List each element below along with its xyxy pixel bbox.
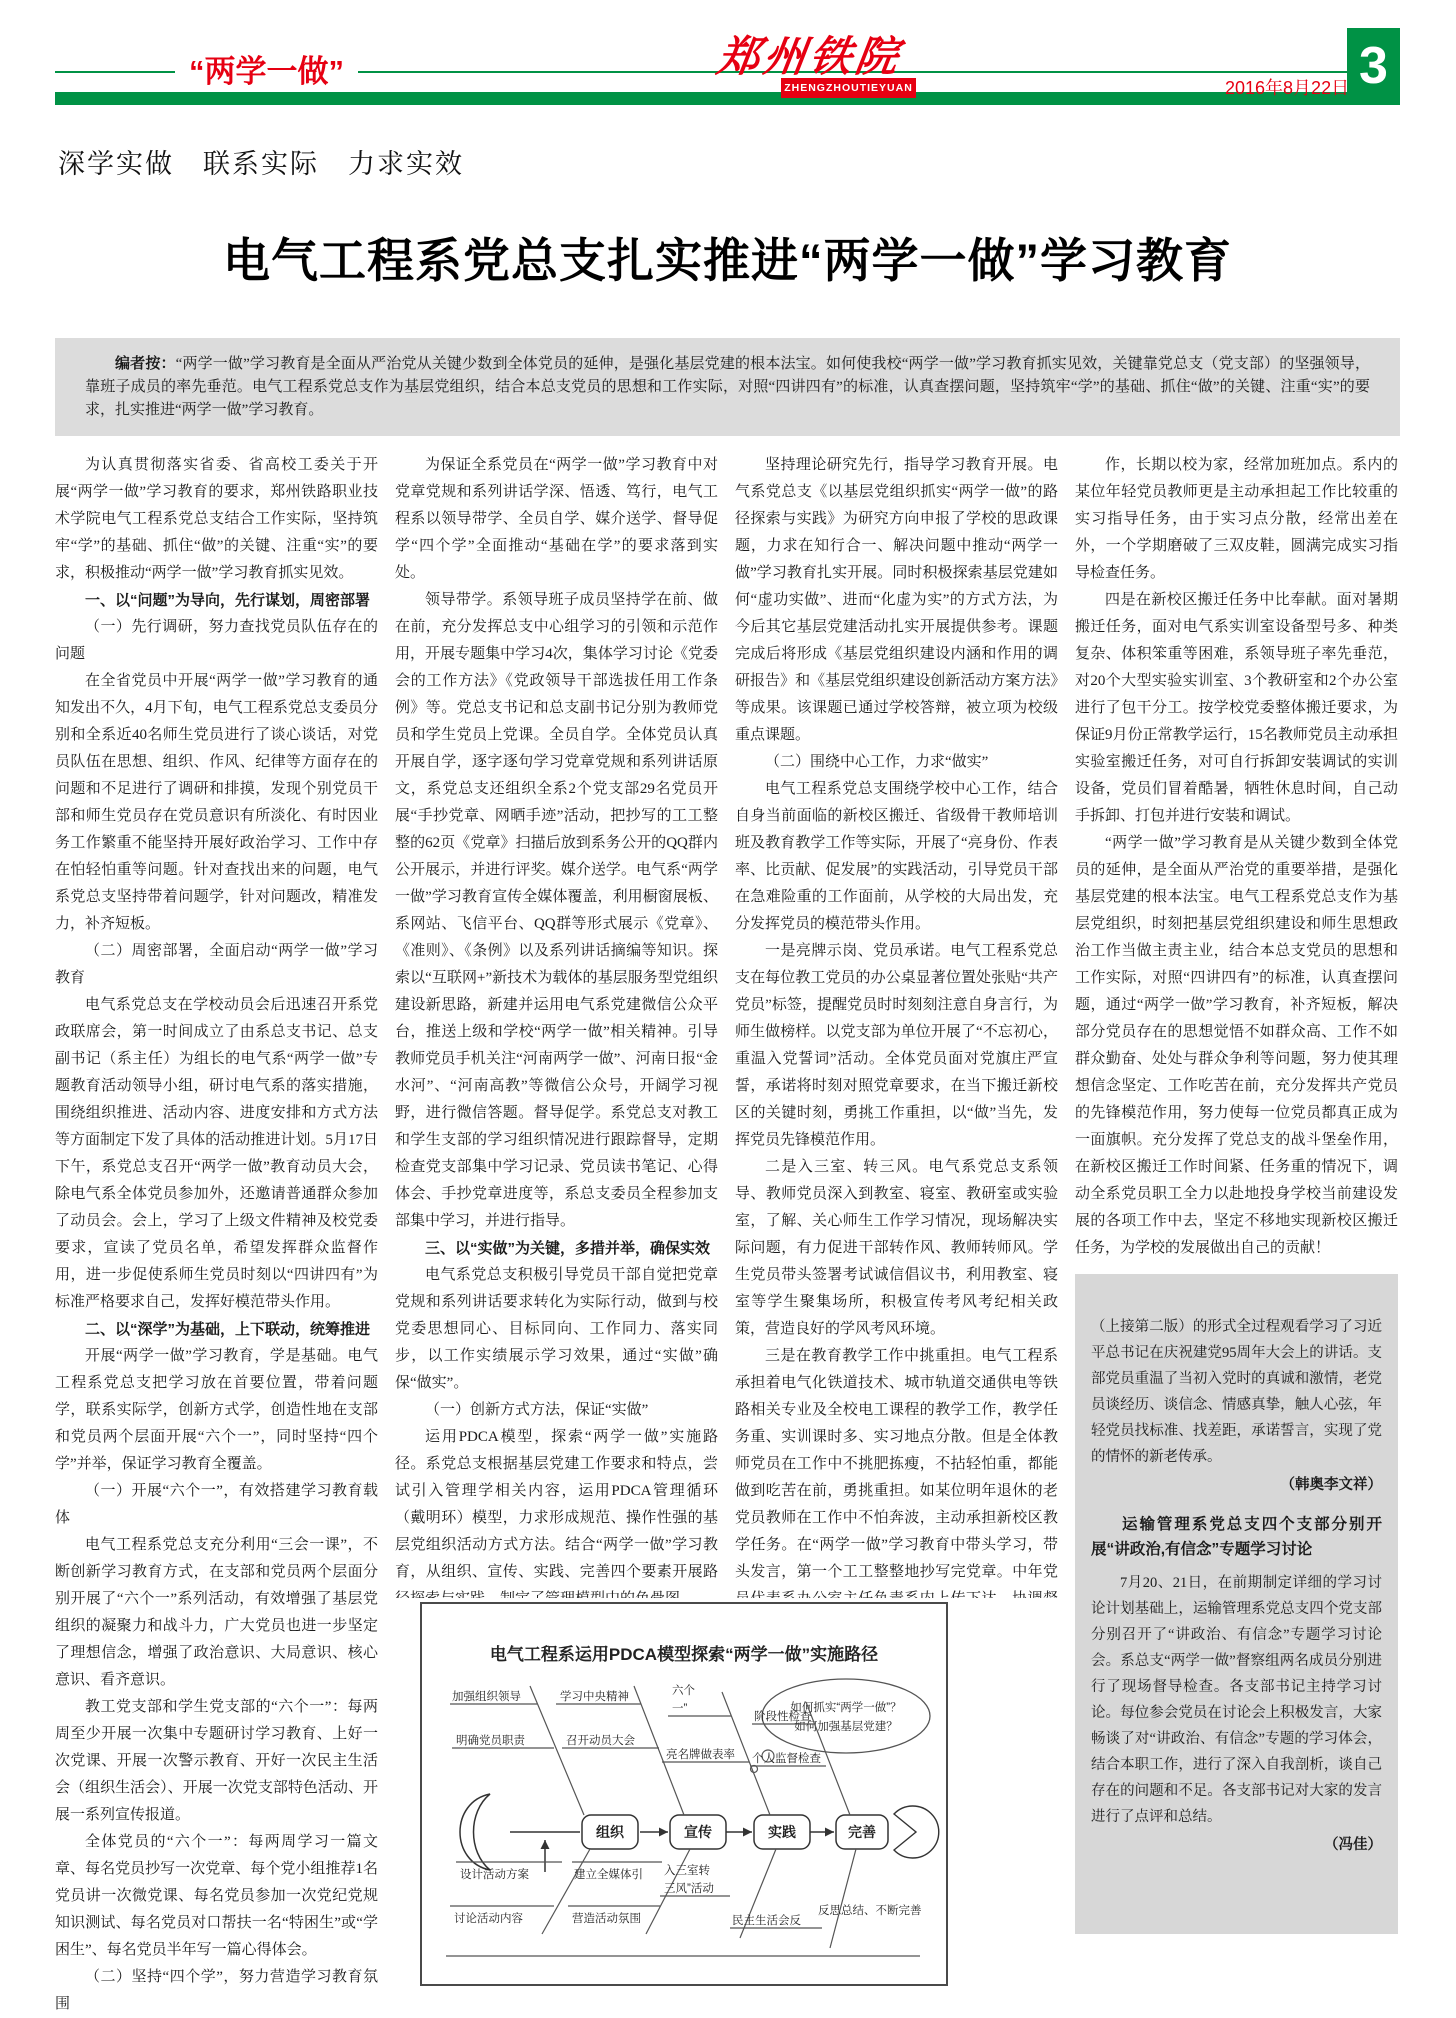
label-six-ones-1: 六个 — [672, 1684, 695, 1697]
section-heading: 一、以“问题”为导向，先行谋划，周密部署 — [55, 587, 378, 614]
article-column-2: 为保证全系党员在“两学一做”学习教育中对党章党规和系列讲话学深、悟透、笃行，电气… — [395, 452, 718, 1598]
newspaper-page: { "header": { "kicker_tag": "“两学一做”", "l… — [0, 0, 1456, 2000]
paragraph: 电气工程系党总支充分利用“三会一课”，不断创新学习教育方式，在支部和党员两个层面… — [55, 1532, 378, 1694]
label-clarify-duties: 明确党员职责 — [456, 1733, 526, 1747]
paragraph: “两学一做”学习教育是从关键少数到全体党员的延伸，是全面从严治党的重要举措，是强… — [1075, 830, 1398, 1262]
sub-heading: （二）周密部署，全面启动“两学一做”学习教育 — [55, 938, 378, 992]
node-improve: 完善 — [848, 1824, 876, 1840]
pdca-diagram-box: 电气工程系运用PDCA模型探索“两学一做”实施路径 如何抓实“两学一做”？ 如何… — [420, 1602, 948, 1986]
paragraph: 电气工程系党总支围绕学校中心工作，结合自身当前面临的新校区搬迁、省级骨干教师培训… — [735, 776, 1058, 938]
article-column-4: 作，长期以校为家，经常加班加点。系内的某位年轻党员教师更是主动承担起工作比较重的… — [1075, 452, 1398, 2018]
sub-heading: （二）围绕中心工作，力求“做实” — [735, 749, 1058, 776]
paragraph: 二是入三室、转三风。电气系党总支系领导、教师党员深入到教室、寝室、教研室或实验室… — [735, 1154, 1058, 1343]
paragraph: 开展“两学一做”学习教育，学是基础。电气工程系党总支把学习放在首要位置，带着问题… — [55, 1343, 378, 1478]
paragraph: 三是在教育教学工作中挑重担。电气工程系承担着电气化铁道技术、城市轨道交通供电等铁… — [735, 1343, 1058, 1598]
label-design-plan: 设计活动方案 — [460, 1867, 529, 1881]
paragraph: 坚持理论研究先行，指导学习教育开展。电气系党总支《以基层党组织抓实“两学一做”的… — [735, 452, 1058, 749]
paragraph: 为认真贯彻落实省委、省高校工委关于开展“两学一做”学习教育的要求，郑州铁路职业技… — [55, 452, 378, 587]
newspaper-logo-pinyin: ZHENGZHOUTIEYUAN — [781, 78, 916, 98]
newspaper-logo: 郑州铁院 — [696, 24, 924, 84]
label-six-ones-2: 一” — [672, 1703, 687, 1715]
label-mobilization-meeting: 召开动员大会 — [566, 1733, 635, 1747]
editor-note-box: 编者按：“两学一做”学习教育是全面从严治党从关键少数到全体党员的延伸，是强化基层… — [55, 338, 1400, 436]
node-publicize: 宣传 — [684, 1824, 712, 1840]
crescent-shape — [460, 1794, 490, 1870]
label-three-rooms-1: 入三室转 — [664, 1863, 710, 1877]
node-organize: 组织 — [596, 1824, 625, 1840]
label-study-central-spirit: 学习中央精神 — [560, 1689, 629, 1703]
sub-heading: （一）创新方式方法，保证“实做” — [395, 1397, 718, 1424]
label-stage-check: 阶段性检查 — [754, 1709, 812, 1723]
continued-article-text: （上接第二版）的形式全过程观看学习了习近平总书记在庆祝建党95周年大会上的讲话。… — [1091, 1314, 1382, 1470]
fish-head-shape — [894, 1806, 939, 1858]
paragraph: 四是在新校区搬迁任务中比奉献。面对暑期搬迁任务，面对电气系实训室设备型号多、种类… — [1075, 587, 1398, 830]
label-reflect-improve: 反思总结、不断完善 — [818, 1903, 922, 1917]
label-personal-supervision: 个人监督检查 — [752, 1751, 821, 1765]
paragraph: 一是亮牌示岗、党员承诺。电气工程系党总支在每位教工党员的办公桌显著位置处张贴“共… — [735, 938, 1058, 1154]
section-heading: 二、以“深学”为基础，上下联动，统筹推进 — [55, 1316, 378, 1343]
sub-heading: （二）坚持“四个学”，努力营造学习教育氛围 — [55, 1964, 378, 2018]
sidebar-article-body: 7月20、21日，在前期制定详细的学习讨论计划基础上，运输管理系党总支四个党支部… — [1091, 1570, 1382, 1830]
sub-heading: （一）先行调研，努力查找党员队伍存在的问题 — [55, 614, 378, 668]
label-strengthen-leadership: 加强组织领导 — [452, 1689, 521, 1703]
main-headline: 电气工程系党总支扎实推进“两学一做”学习教育 — [55, 224, 1400, 291]
article-column-3: 坚持理论研究先行，指导学习教育开展。电气系党总支《以基层党组织抓实“两学一做”的… — [735, 452, 1058, 1598]
paragraph: 为保证全系党员在“两学一做”学习教育中对党章党规和系列讲话学深、悟透、笃行，电气… — [395, 452, 718, 587]
paragraph: 教工党支部和学生党支部的“六个一”：每两周至少开展一次集中专题研讨学习教育、上好… — [55, 1694, 378, 1829]
header-thick-rule — [55, 92, 1347, 105]
kicker-line: 深学实做 联系实际 力求实效 — [58, 142, 464, 181]
label-discuss-content: 讨论活动内容 — [454, 1911, 523, 1925]
lower-rib-labels: 设计活动方案 讨论活动内容 建立全媒体引 营造活动氛围 入三室转 三风”活动 民… — [454, 1863, 922, 1927]
continued-article-signature: （韩奥李文祥） — [1091, 1472, 1382, 1498]
node-practice: 实践 — [768, 1824, 796, 1840]
sidebar-article-signature: （冯佳） — [1091, 1832, 1382, 1858]
paragraph: 运用PDCA模型，探索“两学一做”实施路径。系党总支根据基层党建工作要求和特点，… — [395, 1424, 718, 1598]
label-democratic-life-meeting: 民主生活会反 — [732, 1913, 801, 1927]
label-badge-model: 亮名牌做表率 — [666, 1747, 735, 1761]
paragraph: 电气系党总支在学校动员会后迅速召开系党政联席会，第一时间成立了由系总支书记、总支… — [55, 992, 378, 1316]
paragraph: 作，长期以校为家，经常加班加点。系内的某位年轻党员教师更是主动承担起工作比较重的… — [1075, 452, 1398, 587]
section-heading: 三、以“实做”为关键，多措并举，确保实效 — [395, 1235, 718, 1262]
editor-note-label: 编者按： — [115, 356, 176, 372]
page-number: 3 — [1347, 28, 1400, 105]
paragraph: 在全省党员中开展“两学一做”学习教育的通知发出不久，4月下旬，电气工程系党总支委… — [55, 668, 378, 938]
paragraph: 电气系党总支积极引导党员干部自觉把党章党规和系列讲话要求转化为实际行动，做到与校… — [395, 1262, 718, 1397]
issue-date: 2016年8月22日 — [1225, 74, 1349, 100]
paragraph: 领导带学。系领导班子成员坚持学在前、做在前，充分发挥总支中心组学习的引领和示范作… — [395, 587, 718, 1235]
section-tag: “两学一做” — [175, 46, 358, 91]
sidebar-article-title: 运输管理系党总支四个支部分别开展“讲政治,有信念”专题学习讨论 — [1091, 1512, 1382, 1562]
editor-note-text: 编者按：“两学一做”学习教育是全面从严治党从关键少数到全体党员的延伸，是强化基层… — [85, 353, 1370, 422]
sub-heading: （一）开展“六个一”，有效搭建学习教育载体 — [55, 1478, 378, 1532]
label-all-media-guide: 建立全媒体引 — [574, 1867, 643, 1881]
diagram-title: 电气工程系运用PDCA模型探索“两学一做”实施路径 — [490, 1644, 878, 1664]
label-create-atmosphere: 营造活动氛围 — [572, 1911, 641, 1925]
pdca-fishbone-diagram: 电气工程系运用PDCA模型探索“两学一做”实施路径 如何抓实“两学一做”？ 如何… — [422, 1604, 946, 1984]
label-three-rooms-2: 三风”活动 — [664, 1881, 714, 1895]
article-column-1: 为认真贯彻落实省委、省高校工委关于开展“两学一做”学习教育的要求，郑州铁路职业技… — [55, 452, 378, 2018]
sidebar-gray-box: （上接第二版）的形式全过程观看学习了习近平总书记在庆祝建党95周年大会上的讲话。… — [1075, 1274, 1398, 1934]
paragraph: 全体党员的“六个一”：每两周学习一篇文章、每名党员抄写一次党章、每个党小组推荐1… — [55, 1829, 378, 1964]
